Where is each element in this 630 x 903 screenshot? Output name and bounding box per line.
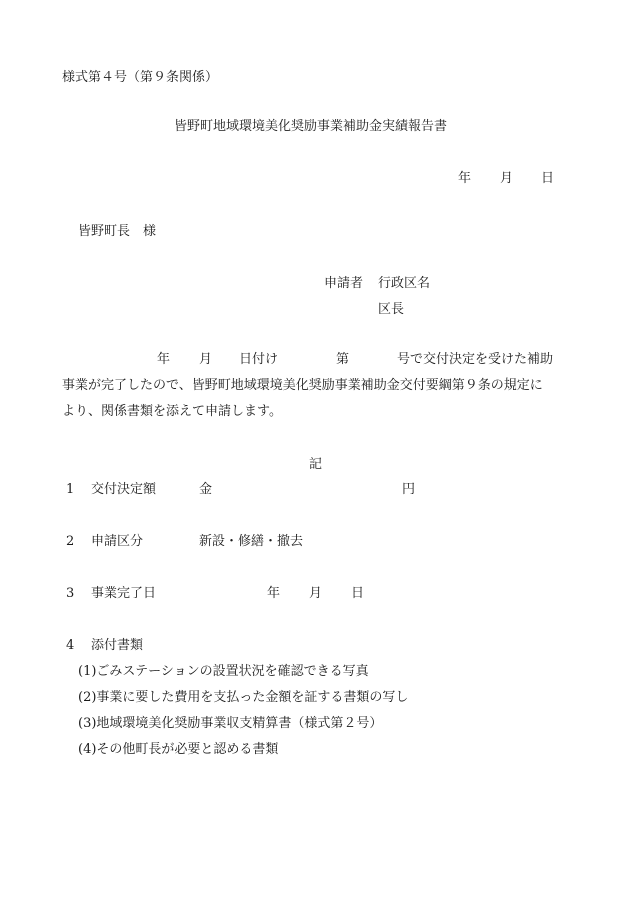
date-year-label: 年 [458, 171, 471, 187]
form-number: 様式第４号（第９条関係） [62, 70, 218, 86]
item-4-number: 4 [66, 638, 74, 654]
addressee: 皆野町長 様 [78, 224, 156, 240]
body-number-prefix: 第 [336, 352, 349, 368]
attachment-item: (3)地域環境美化奨励事業収支精算書（様式第２号） [78, 716, 382, 732]
body-line1-rest: 号で交付決定を受けた補助 [397, 352, 553, 368]
date-month-label: 月 [500, 171, 513, 187]
body-year: 年 [157, 352, 170, 368]
item-4-label: 添付書類 [91, 638, 143, 654]
attachment-item: (2)事業に要した費用を支払った金額を証する書類の写し [78, 690, 408, 706]
item-3-label: 事業完了日 [91, 586, 156, 602]
item-2-value: 新設・修繕・撤去 [199, 534, 303, 550]
item-1-label: 交付決定額 [91, 482, 156, 498]
body-line2: 事業が完了したので、皆野町地域環境美化奨励事業補助金交付要綱第９条の規定に [62, 378, 543, 394]
item-1-prefix: 金 [199, 482, 212, 498]
body-month: 月 [199, 352, 212, 368]
district-head-label: 区長 [378, 302, 404, 318]
item-3-day: 日 [351, 586, 364, 602]
district-name-label: 行政区名 [378, 276, 430, 292]
item-1-suffix: 円 [402, 482, 415, 498]
item-3-month: 月 [309, 586, 322, 602]
applicant-label: 申請者 [324, 276, 363, 292]
item-3-number: 3 [66, 586, 74, 602]
item-2-label: 申請区分 [91, 534, 143, 550]
body-line3: より、関係書類を添えて申請します。 [62, 404, 282, 420]
body-day-suffix: 日付け [239, 352, 278, 368]
ki-heading: 記 [309, 457, 322, 473]
item-2-number: 2 [66, 534, 74, 550]
attachment-item: (1)ごみステーションの設置状況を確認できる写真 [78, 664, 369, 680]
document-title: 皆野町地域環境美化奨励事業補助金実績報告書 [174, 119, 447, 135]
item-1-number: 1 [66, 482, 74, 498]
date-day-label: 日 [541, 171, 554, 187]
attachment-item: (4)その他町長が必要と認める書類 [78, 742, 278, 758]
item-3-year: 年 [267, 586, 280, 602]
